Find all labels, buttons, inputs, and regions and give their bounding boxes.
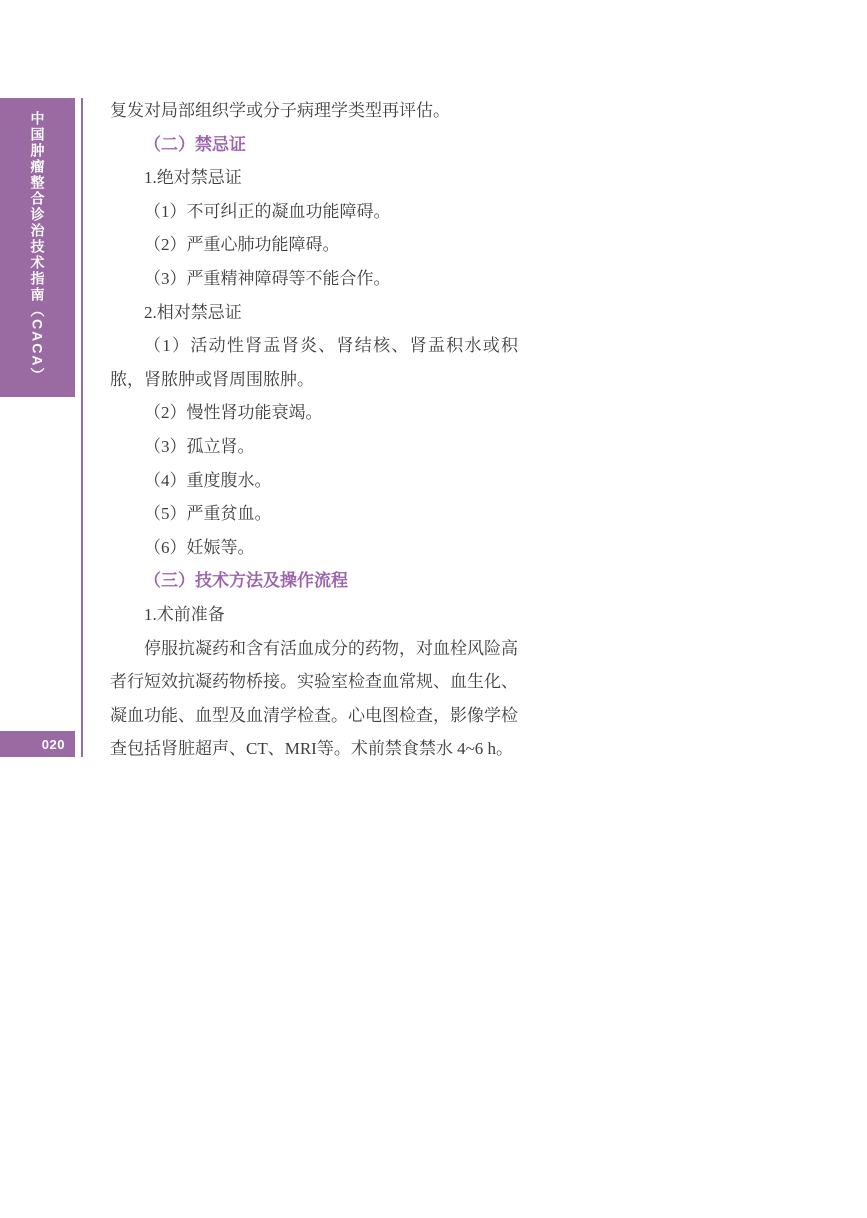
paragraph: （6）妊娠等。 [110,531,518,565]
paragraph: 2.相对禁忌证 [110,296,518,330]
section-heading: （二）禁忌证 [110,128,518,162]
section-heading: （三）技术方法及操作流程 [110,564,518,598]
sidebar-spine: 中国肿瘤整合诊治技术指南（CACA） [0,98,75,397]
paragraph: （3）严重精神障碍等不能合作。 [110,262,518,296]
paragraph: 停服抗凝药和含有活血成分的药物，对血栓风险高者行短效抗凝药物桥接。实验室检查血常… [110,632,518,766]
paragraph: 复发对局部组织学或分子病理学类型再评估。 [110,94,518,128]
book-title-vertical: 中国肿瘤整合诊治技术指南（CACA） [28,111,48,383]
paragraph: （4）重度腹水。 [110,464,518,498]
paragraph: 1.绝对禁忌证 [110,161,518,195]
paragraph: 1.术前准备 [110,598,518,632]
paragraph: （1）不可纠正的凝血功能障碍。 [110,195,518,229]
paragraph: （3）孤立肾。 [110,430,518,464]
page-number-badge: 020 [0,731,75,757]
page-number: 020 [42,737,65,752]
paragraph: （5）严重贫血。 [110,497,518,531]
vertical-divider-line [81,98,83,757]
paragraph: （2）严重心肺功能障碍。 [110,228,518,262]
paragraph: （1）活动性肾盂肾炎、肾结核、肾盂积水或积脓，肾脓肿或肾周围脓肿。 [110,329,518,396]
paragraph: （2）慢性肾功能衰竭。 [110,396,518,430]
page-content: 复发对局部组织学或分子病理学类型再评估。（二）禁忌证1.绝对禁忌证（1）不可纠正… [110,94,518,766]
